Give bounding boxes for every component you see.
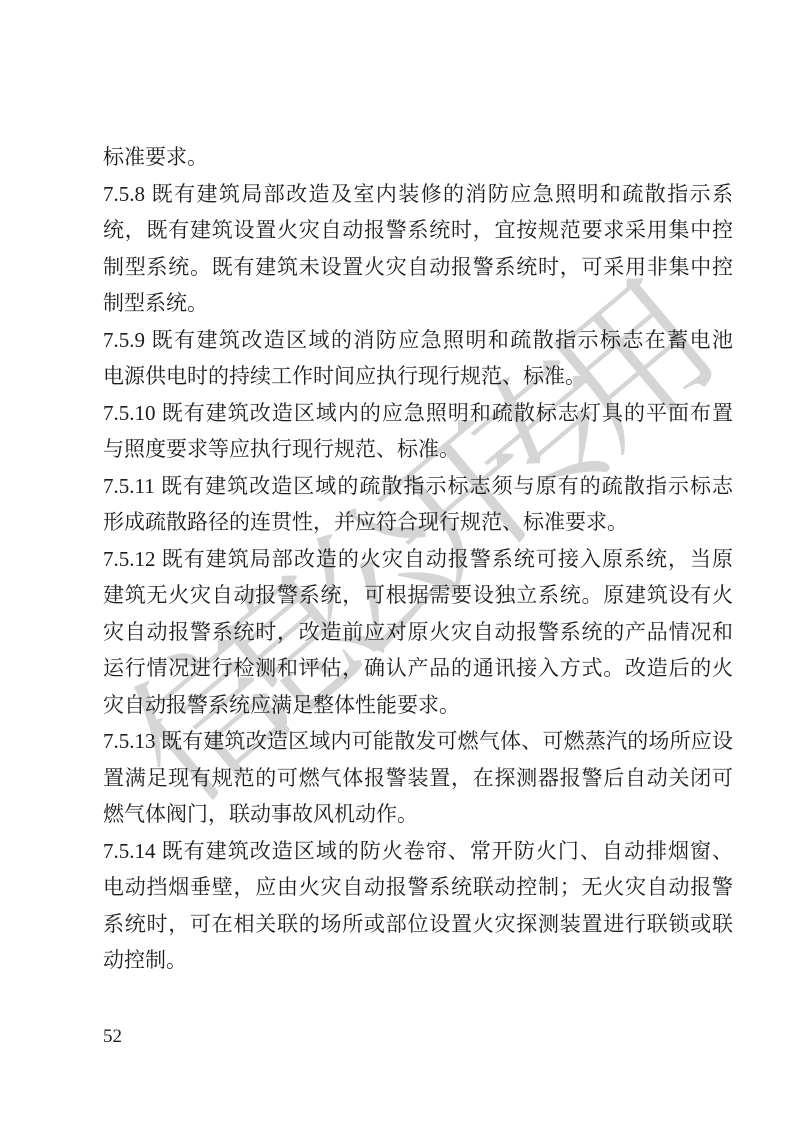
text-line: 燃气体阀门，联动事故风机动作。: [103, 796, 733, 833]
text-line: 统，既有建筑设置火灾自动报警系统时，宜按规范要求采用集中控: [103, 212, 733, 249]
text-line: 运行情况进行检测和评估，确认产品的通讯接入方式。改造后的火: [103, 650, 733, 687]
paragraph-7-5-9: 7.5.9 既有建筑改造区域的消防应急照明和疏散指示标志在蓄电池 电源供电时的持…: [103, 322, 733, 395]
paragraph-continuation: 标准要求。: [103, 139, 733, 176]
paragraph-7-5-12: 7.5.12 既有建筑局部改造的火灾自动报警系统可接入原系统，当原 建筑无火灾自…: [103, 541, 733, 724]
text-line: 制型系统。既有建筑未设置火灾自动报警系统时，可采用非集中控: [103, 249, 733, 286]
paragraph-7-5-14: 7.5.14 既有建筑改造区域的防火卷帘、常开防火门、自动排烟窗、 电动挡烟垂壁…: [103, 833, 733, 979]
text-line: 电源供电时的持续工作时间应执行现行规范、标准。: [103, 358, 733, 395]
text-line: 电动挡烟垂壁，应由火灾自动报警系统联动控制；无火灾自动报警: [103, 869, 733, 906]
text-line: 灾自动报警系统应满足整体性能要求。: [103, 687, 733, 724]
text-line: 灾自动报警系统时，改造前应对原火灾自动报警系统的产品情况和: [103, 614, 733, 651]
paragraph-7-5-11: 7.5.11 既有建筑改造区域的疏散指示标志须与原有的疏散指示标志 形成疏散路径…: [103, 468, 733, 541]
page-body: 标准要求。 7.5.8 既有建筑局部改造及室内装修的消防应急照明和疏散指示系 统…: [103, 139, 733, 979]
paragraph-7-5-8: 7.5.8 既有建筑局部改造及室内装修的消防应急照明和疏散指示系 统，既有建筑设…: [103, 176, 733, 322]
text-line: 动控制。: [103, 942, 733, 979]
text-line: 形成疏散路径的连贯性，并应符合现行规范、标准要求。: [103, 504, 733, 541]
paragraph-7-5-10: 7.5.10 既有建筑改造区域内的应急照明和疏散标志灯具的平面布置 与照度要求等…: [103, 395, 733, 468]
text-line: 系统时，可在相关联的场所或部位设置火灾探测装置进行联锁或联: [103, 906, 733, 943]
text-line: 与照度要求等应执行现行规范、标准。: [103, 431, 733, 468]
text-line: 置满足现有规范的可燃气体报警装置，在探测器报警后自动关闭可: [103, 760, 733, 797]
text-line: 7.5.10 既有建筑改造区域内的应急照明和疏散标志灯具的平面布置: [103, 395, 733, 432]
text-line: 7.5.9 既有建筑改造区域的消防应急照明和疏散指示标志在蓄电池: [103, 322, 733, 359]
text-line: 7.5.12 既有建筑局部改造的火灾自动报警系统可接入原系统，当原: [103, 541, 733, 578]
text-line: 7.5.14 既有建筑改造区域的防火卷帘、常开防火门、自动排烟窗、: [103, 833, 733, 870]
text-line: 7.5.8 既有建筑局部改造及室内装修的消防应急照明和疏散指示系: [103, 176, 733, 213]
text-line: 建筑无火灾自动报警系统，可根据需要设独立系统。原建筑设有火: [103, 577, 733, 614]
paragraph-7-5-13: 7.5.13 既有建筑改造区域内可能散发可燃气体、可燃蒸汽的场所应设 置满足现有…: [103, 723, 733, 833]
page-number: 52: [103, 1026, 122, 1049]
text-line: 7.5.13 既有建筑改造区域内可能散发可燃气体、可燃蒸汽的场所应设: [103, 723, 733, 760]
text-line: 制型系统。: [103, 285, 733, 322]
text-line: 标准要求。: [103, 139, 733, 176]
text-line: 7.5.11 既有建筑改造区域的疏散指示标志须与原有的疏散指示标志: [103, 468, 733, 505]
